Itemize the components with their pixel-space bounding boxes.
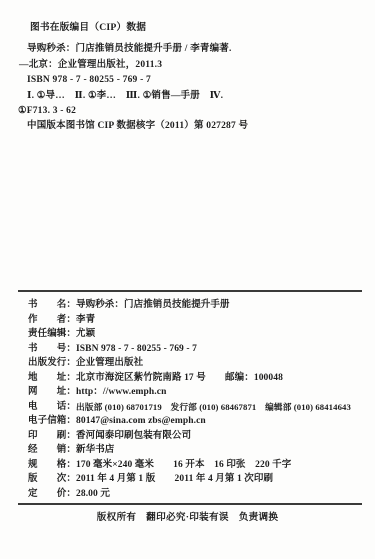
colophon-row-value: 北京市海淀区紫竹院南路 17 号 邮编：100048 — [76, 371, 365, 386]
cip-block: 图书在版编目（CIP）数据 导购秒杀：门店推销员技能提升手册 / 李青编著. —… — [27, 20, 365, 135]
colophon-row-label: 书 号： — [28, 342, 76, 357]
colophon-row-label: 地 址： — [28, 371, 76, 386]
colophon-row: 经 销： 新华书店 — [28, 443, 365, 458]
colophon-row: 网 址： http：//www.emph.cn — [28, 385, 365, 400]
colophon-row-value: 导购秒杀：门店推销员技能提升手册 — [76, 298, 365, 313]
bottom-rule-divider — [18, 503, 362, 505]
colophon-row: 版 次： 2011 年 4 月第 1 版 2011 年 4 月第 1 次印刷 — [28, 472, 365, 487]
colophon-row-value: http：//www.emph.cn — [76, 385, 365, 400]
colophon-row: 电子信箱： 80147@sina.com zbs@emph.cn — [28, 414, 365, 429]
colophon-row-value: ISBN 978 - 7 - 80255 - 769 - 7 — [76, 342, 365, 357]
colophon-row: 电 话： 出版部 (010) 68701719 发行部 (010) 684678… — [28, 400, 365, 415]
colophon-row: 作 者： 李青 — [28, 313, 365, 328]
colophon-row: 印 刷： 香河闻泰印刷包装有限公司 — [28, 429, 365, 444]
colophon-row-label: 印 刷： — [28, 429, 76, 444]
cip-line: ISBN 978 - 7 - 80255 - 769 - 7 — [27, 73, 365, 88]
colophon-row-label: 网 址： — [28, 385, 76, 400]
cip-line: —北京：企业管理出版社，2011.3 — [19, 58, 365, 73]
cip-lines: 导购秒杀：门店推销员技能提升手册 / 李青编著. —北京：企业管理出版社，201… — [27, 42, 365, 134]
colophon-row-value: 新华书店 — [76, 443, 365, 458]
colophon-row-value: 170 毫米×240 毫米 16 开本 16 印张 220 千字 — [76, 458, 365, 473]
colophon-row-label: 版 次： — [28, 472, 76, 487]
cip-heading: 图书在版编目（CIP）数据 — [30, 20, 365, 35]
cip-line: 中国版本图书馆 CIP 数据核字（2011）第 027287 号 — [27, 119, 365, 134]
colophon-row-value: 香河闻泰印刷包装有限公司 — [76, 429, 365, 444]
colophon-row-label: 规 格： — [28, 458, 76, 473]
colophon-row: 规 格： 170 毫米×240 毫米 16 开本 16 印张 220 千字 — [28, 458, 365, 473]
cip-line: 导购秒杀：门店推销员技能提升手册 / 李青编著. — [27, 42, 365, 57]
colophon-row-label: 出版发行： — [28, 356, 76, 371]
colophon-row: 书 号： ISBN 978 - 7 - 80255 - 769 - 7 — [28, 342, 365, 357]
copyright-notice: 版权所有 翻印必究·印装有误 负责调换 — [0, 509, 375, 523]
colophon-row-label: 电 话： — [28, 400, 76, 415]
colophon-row: 书 名： 导购秒杀：门店推销员技能提升手册 — [28, 298, 365, 313]
colophon-row: 责任编辑： 尤颖 — [28, 327, 365, 342]
colophon-row-value: 28.00 元 — [76, 487, 365, 502]
cip-line: Ⅰ. ①导… Ⅱ. ①李… Ⅲ. ①销售—手册 Ⅳ. — [27, 89, 365, 104]
colophon-table: 书 名： 导购秒杀：门店推销员技能提升手册 作 者： 李青 责任编辑： 尤颖 书… — [28, 298, 365, 501]
cip-line: ①F713. 3 - 62 — [18, 104, 365, 119]
colophon-row-value: 企业管理出版社 — [76, 356, 365, 371]
colophon-row-label: 定 价： — [28, 487, 76, 502]
colophon-row: 定 价： 28.00 元 — [28, 487, 365, 502]
copyright-page: 图书在版编目（CIP）数据 导购秒杀：门店推销员技能提升手册 / 李青编著. —… — [0, 0, 375, 559]
colophon-row: 出版发行： 企业管理出版社 — [28, 356, 365, 371]
colophon-row-value: 李青 — [76, 313, 365, 328]
colophon-row-value: 出版部 (010) 68701719 发行部 (010) 68467871 编辑… — [76, 400, 365, 415]
colophon-row-value: 2011 年 4 月第 1 版 2011 年 4 月第 1 次印刷 — [76, 472, 365, 487]
top-rule-divider — [18, 290, 362, 292]
colophon-row: 地 址： 北京市海淀区紫竹院南路 17 号 邮编：100048 — [28, 371, 365, 386]
colophon-row-label: 责任编辑： — [28, 327, 76, 342]
colophon-row-label: 经 销： — [28, 443, 76, 458]
colophon-row-label: 作 者： — [28, 313, 76, 328]
colophon-row-value: 尤颖 — [76, 327, 365, 342]
colophon-row-value: 80147@sina.com zbs@emph.cn — [76, 414, 365, 429]
colophon-row-label: 书 名： — [28, 298, 76, 313]
colophon-row-label: 电子信箱： — [28, 414, 76, 429]
